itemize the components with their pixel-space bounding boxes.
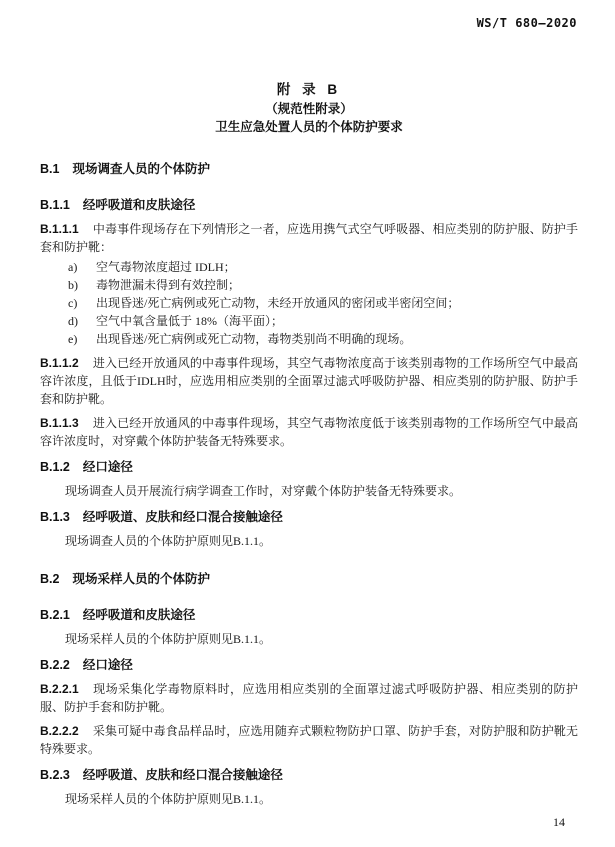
subclause-heading: B.1.1经呼吸道和皮肤途径 [40, 196, 578, 214]
list-item-text: 空气中氧含量低于 18%（海平面）； [96, 312, 283, 330]
standard-number: WS/T 680—2020 [477, 16, 577, 30]
subclause-heading: B.1.2经口途径 [40, 458, 578, 476]
list-item-text: 毒物泄漏未得到有效控制； [96, 276, 240, 294]
list-item-text: 空气毒物浓度超过 IDLH； [96, 258, 236, 276]
clause-number: B.2.2 [40, 658, 70, 672]
subclause-heading: B.2.3经呼吸道、皮肤和经口混合接触途径 [40, 766, 578, 784]
clause-number: B.2.3 [40, 768, 70, 782]
clause-number: B.1.2 [40, 460, 70, 474]
clause-number: B.2.2.2 [40, 724, 79, 738]
numbered-paragraph: B.1.1.3进入已经开放通风的中毒事件现场，其空气毒物浓度低于该类别毒物的工作… [40, 414, 578, 450]
body-paragraph: 现场采样人员的个体防护原则见B.1.1。 [40, 630, 578, 648]
body-paragraph: 现场采样人员的个体防护原则见B.1.1。 [40, 790, 578, 808]
numbered-paragraph: B.2.2.2采集可疑中毒食品样品时，应选用随弃式颗粒物防护口罩、防护手套，对防… [40, 722, 578, 758]
clause-title: 经呼吸道和皮肤途径 [83, 608, 196, 622]
list-marker: d) [40, 312, 96, 330]
body-paragraph: 现场调查人员的个体防护原则见B.1.1。 [40, 532, 578, 550]
clause-number: B.2.2.1 [40, 682, 79, 696]
list-marker: b) [40, 276, 96, 294]
subclause-heading: B.1.3经呼吸道、皮肤和经口混合接触途径 [40, 508, 578, 526]
clause-number: B.1.1.1 [40, 222, 79, 236]
list-item: d)空气中氧含量低于 18%（海平面）； [40, 312, 578, 330]
list-item-text: 出现昏迷/死亡病例或死亡动物，未经开放通风的密闭或半密闭空间； [96, 294, 459, 312]
body-paragraph: 现场调查人员开展流行病学调查工作时，对穿戴个体防护装备无特殊要求。 [40, 482, 578, 500]
clause-title: 经呼吸道、皮肤和经口混合接触途径 [83, 510, 283, 524]
numbered-paragraph: B.2.2.1现场采集化学毒物原料时，应选用相应类别的全面罩过滤式呼吸防护器、相… [40, 680, 578, 716]
appendix-subject: 卫生应急处置人员的个体防护要求 [40, 118, 578, 136]
clause-title: 经呼吸道、皮肤和经口混合接触途径 [83, 768, 283, 782]
numbered-paragraph: B.1.1.2进入已经开放通风的中毒事件现场，其空气毒物浓度高于该类别毒物的工作… [40, 354, 578, 408]
clause-number: B.2.1 [40, 608, 70, 622]
clause-title: 经口途径 [83, 658, 133, 672]
list-item: c)出现昏迷/死亡病例或死亡动物，未经开放通风的密闭或半密闭空间； [40, 294, 578, 312]
condition-list: a)空气毒物浓度超过 IDLH；b)毒物泄漏未得到有效控制；c)出现昏迷/死亡病… [40, 258, 578, 348]
appendix-type: （规范性附录） [40, 100, 578, 118]
clause-number: B.1.1.2 [40, 356, 79, 370]
clause-number: B.1.1.3 [40, 416, 79, 430]
clause-number: B.1 [40, 162, 59, 176]
list-marker: e) [40, 330, 96, 348]
page-number: 14 [553, 815, 565, 830]
list-marker: c) [40, 294, 96, 312]
appendix-title-block: 附 录 B （规范性附录） 卫生应急处置人员的个体防护要求 [40, 80, 578, 136]
list-marker: a) [40, 258, 96, 276]
document-page: WS/T 680—2020 附 录 B （规范性附录） 卫生应急处置人员的个体防… [0, 0, 615, 847]
clause-number: B.1.1 [40, 198, 70, 212]
clause-title: 经呼吸道和皮肤途径 [83, 198, 196, 212]
clause-number: B.1.3 [40, 510, 70, 524]
list-item: a)空气毒物浓度超过 IDLH； [40, 258, 578, 276]
list-item-text: 出现昏迷/死亡病例或死亡动物，毒物类别尚不明确的现场。 [96, 330, 411, 348]
document-content: 附 录 B （规范性附录） 卫生应急处置人员的个体防护要求 B.1现场调查人员的… [40, 80, 578, 808]
subclause-heading: B.2.1经呼吸道和皮肤途径 [40, 606, 578, 624]
list-item: b)毒物泄漏未得到有效控制； [40, 276, 578, 294]
clause-heading: B.1现场调查人员的个体防护 [40, 160, 578, 178]
clause-title: 现场采样人员的个体防护 [72, 572, 210, 586]
clause-title: 现场调查人员的个体防护 [72, 162, 210, 176]
list-item: e)出现昏迷/死亡病例或死亡动物，毒物类别尚不明确的现场。 [40, 330, 578, 348]
numbered-paragraph: B.1.1.1中毒事件现场存在下列情形之一者，应选用携气式空气呼吸器、相应类别的… [40, 220, 578, 256]
appendix-title: 附 录 B [40, 80, 578, 100]
clause-title: 经口途径 [83, 460, 133, 474]
clause-number: B.2 [40, 572, 59, 586]
subclause-heading: B.2.2经口途径 [40, 656, 578, 674]
clause-heading: B.2现场采样人员的个体防护 [40, 570, 578, 588]
